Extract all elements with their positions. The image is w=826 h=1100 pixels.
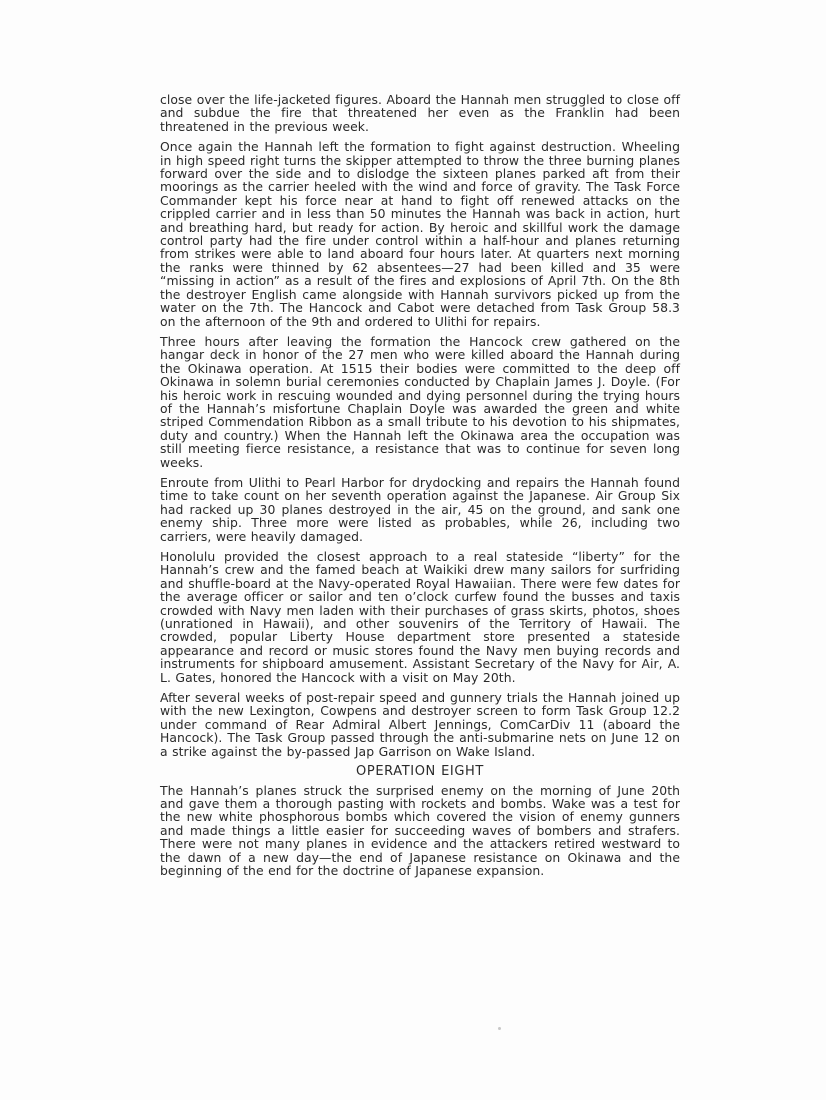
paragraph-wake-strike: The Hannah’s planes struck the surprised… [160, 784, 680, 878]
paragraph-task-group-12-2: After several weeks of post-repair speed… [160, 691, 680, 758]
section-heading-operation-eight: OPERATION EIGHT [160, 765, 680, 778]
paragraph-seventh-operation-tally: Enroute from Ulithi to Pearl Harbor for … [160, 476, 680, 543]
document-page: close over the life-jacketed figures. Ab… [160, 93, 680, 884]
paragraph-honolulu-liberty: Honolulu provided the closest approach t… [160, 550, 680, 684]
paper-speck [498, 1027, 501, 1030]
paragraph-burial-ceremony: Three hours after leaving the formation … [160, 335, 680, 469]
paper-speck [186, 536, 188, 538]
paragraph-fire-aboard: close over the life-jacketed figures. Ab… [160, 93, 680, 133]
paragraph-damage-control: Once again the Hannah left the formation… [160, 140, 680, 328]
